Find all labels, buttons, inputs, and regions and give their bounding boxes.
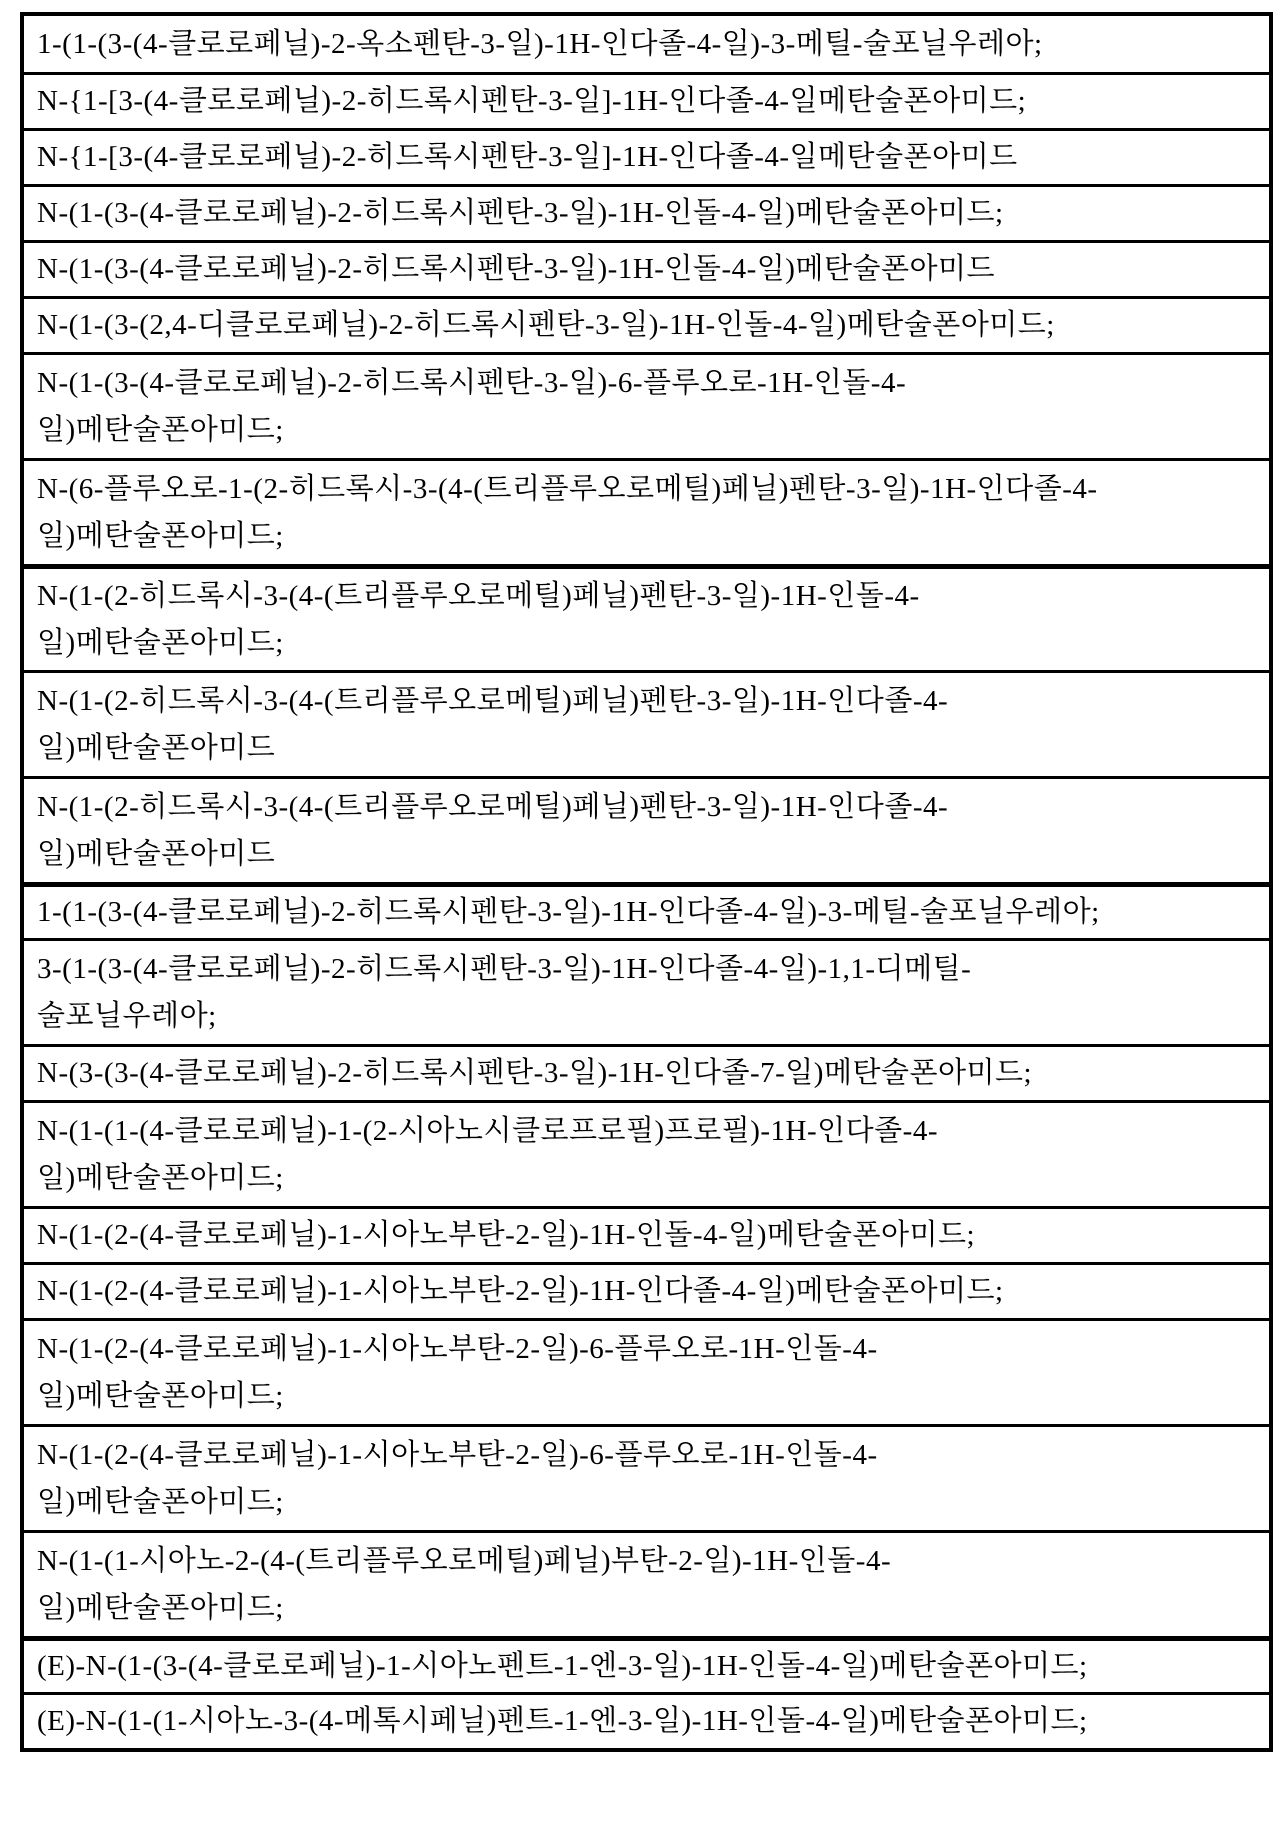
table-row: N-(1-(3-(4-클로로페닐)-2-히드록시펜탄-3-일)-6-플루오로-1… <box>24 352 1269 458</box>
compound-table: 1-(1-(3-(4-클로로페닐)-2-옥소펜탄-3-일)-1H-인다졸-4-일… <box>20 12 1273 1752</box>
table-row: 3-(1-(3-(4-클로로페닐)-2-히드록시펜탄-3-일)-1H-인다졸-4… <box>24 938 1269 1044</box>
table-row: N-(3-(3-(4-클로로페닐)-2-히드록시펜탄-3-일)-1H-인다졸-7… <box>24 1044 1269 1100</box>
compound-name-line: N-(1-(2-히드록시-3-(4-(트리플루오로메틸)페닐)펜탄-3-일)-1… <box>37 678 1261 725</box>
compound-name-line: 일)메탄술폰아미드; <box>37 1373 1261 1420</box>
compound-name-line: N-(1-(3-(4-클로로페닐)-2-히드록시펜탄-3-일)-1H-인돌-4-… <box>37 190 1261 237</box>
compound-name-line: N-(1-(3-(4-클로로페닐)-2-히드록시펜탄-3-일)-1H-인돌-4-… <box>37 246 1261 293</box>
table-row: N-{1-[3-(4-클로로페닐)-2-히드록시펜탄-3-일]-1H-인다졸-4… <box>24 128 1269 184</box>
compound-name-line: N-(1-(1-시아노-2-(4-(트리플루오로메틸)페닐)부탄-2-일)-1H… <box>37 1538 1261 1585</box>
compound-name-line: 일)메탄술폰아미드; <box>37 1585 1261 1632</box>
compound-name-line: 일)메탄술폰아미드; <box>37 620 1261 667</box>
compound-name-line: 일)메탄술폰아미드; <box>37 407 1261 454</box>
compound-name-line: (E)-N-(1-(1-시아노-3-(4-메톡시페닐)펜트-1-엔-3-일)-1… <box>37 1698 1261 1745</box>
compound-name-line: 1-(1-(3-(4-클로로페닐)-2-옥소펜탄-3-일)-1H-인다졸-4-일… <box>37 21 1261 68</box>
compound-name-line: 3-(1-(3-(4-클로로페닐)-2-히드록시펜탄-3-일)-1H-인다졸-4… <box>37 946 1261 993</box>
table-row: (E)-N-(1-(1-시아노-3-(4-메톡시페닐)펜트-1-엔-3-일)-1… <box>24 1692 1269 1748</box>
compound-name-line: N-(1-(3-(4-클로로페닐)-2-히드록시펜탄-3-일)-6-플루오로-1… <box>37 360 1261 407</box>
compound-name-line: N-(6-플루오로-1-(2-히드록시-3-(4-(트리플루오로메틸)페닐)펜탄… <box>37 466 1261 513</box>
table-row: N-(6-플루오로-1-(2-히드록시-3-(4-(트리플루오로메틸)페닐)펜탄… <box>24 458 1269 564</box>
compound-name-line: 일)메탄술폰아미드; <box>37 513 1261 560</box>
compound-name-line: 일)메탄술폰아미드 <box>37 725 1261 772</box>
table-row: N-(1-(3-(4-클로로페닐)-2-히드록시펜탄-3-일)-1H-인돌-4-… <box>24 240 1269 296</box>
table-row: N-(1-(2-히드록시-3-(4-(트리플루오로메틸)페닐)펜탄-3-일)-1… <box>24 670 1269 776</box>
compound-name-line: 1-(1-(3-(4-클로로페닐)-2-히드록시펜탄-3-일)-1H-인다졸-4… <box>37 889 1261 936</box>
compound-name-line: N-(1-(2-(4-클로로페닐)-1-시아노부탄-2-일)-1H-인돌-4-일… <box>37 1212 1261 1259</box>
table-row: N-(1-(2-(4-클로로페닐)-1-시아노부탄-2-일)-1H-인돌-4-일… <box>24 1206 1269 1262</box>
table-row: N-(1-(2-(4-클로로페닐)-1-시아노부탄-2-일)-6-플루오로-1H… <box>24 1424 1269 1530</box>
table-row: N-(1-(1-시아노-2-(4-(트리플루오로메틸)페닐)부탄-2-일)-1H… <box>24 1530 1269 1636</box>
compound-name-line: N-(1-(2-(4-클로로페닐)-1-시아노부탄-2-일)-6-플루오로-1H… <box>37 1326 1261 1373</box>
compound-name-line: N-(1-(2-(4-클로로페닐)-1-시아노부탄-2-일)-6-플루오로-1H… <box>37 1432 1261 1479</box>
table-row: N-(1-(2-히드록시-3-(4-(트리플루오로메틸)페닐)펜탄-3-일)-1… <box>24 564 1269 670</box>
compound-name-line: 술포닐우레아; <box>37 993 1261 1040</box>
compound-name-line: 일)메탄술폰아미드; <box>37 1479 1261 1526</box>
table-row: N-(1-(3-(2,4-디클로로페닐)-2-히드록시펜탄-3-일)-1H-인돌… <box>24 296 1269 352</box>
compound-name-line: N-(1-(2-히드록시-3-(4-(트리플루오로메틸)페닐)펜탄-3-일)-1… <box>37 784 1261 831</box>
compound-name-line: N-(1-(3-(2,4-디클로로페닐)-2-히드록시펜탄-3-일)-1H-인돌… <box>37 302 1261 349</box>
table-row: 1-(1-(3-(4-클로로페닐)-2-옥소펜탄-3-일)-1H-인다졸-4-일… <box>24 16 1269 72</box>
compound-name-line: (E)-N-(1-(3-(4-클로로페닐)-1-시아노펜트-1-엔-3-일)-1… <box>37 1643 1261 1690</box>
document-page: 1-(1-(3-(4-클로로페닐)-2-옥소펜탄-3-일)-1H-인다졸-4-일… <box>0 0 1288 1841</box>
compound-name-line: N-{1-[3-(4-클로로페닐)-2-히드록시펜탄-3-일]-1H-인다졸-4… <box>37 134 1261 181</box>
compound-name-line: N-(1-(2-(4-클로로페닐)-1-시아노부탄-2-일)-1H-인다졸-4-… <box>37 1268 1261 1315</box>
table-row: N-{1-[3-(4-클로로페닐)-2-히드록시펜탄-3-일]-1H-인다졸-4… <box>24 72 1269 128</box>
table-row: N-(1-(3-(4-클로로페닐)-2-히드록시펜탄-3-일)-1H-인돌-4-… <box>24 184 1269 240</box>
table-row: N-(1-(2-(4-클로로페닐)-1-시아노부탄-2-일)-6-플루오로-1H… <box>24 1318 1269 1424</box>
compound-name-line: 일)메탄술폰아미드; <box>37 1155 1261 1202</box>
compound-name-line: N-(3-(3-(4-클로로페닐)-2-히드록시펜탄-3-일)-1H-인다졸-7… <box>37 1050 1261 1097</box>
table-row: 1-(1-(3-(4-클로로페닐)-2-히드록시펜탄-3-일)-1H-인다졸-4… <box>24 882 1269 938</box>
table-row: (E)-N-(1-(3-(4-클로로페닐)-1-시아노펜트-1-엔-3-일)-1… <box>24 1636 1269 1692</box>
table-row: N-(1-(2-(4-클로로페닐)-1-시아노부탄-2-일)-1H-인다졸-4-… <box>24 1262 1269 1318</box>
compound-name-line: 일)메탄술폰아미드 <box>37 831 1261 878</box>
compound-name-line: N-{1-[3-(4-클로로페닐)-2-히드록시펜탄-3-일]-1H-인다졸-4… <box>37 78 1261 125</box>
table-row: N-(1-(1-(4-클로로페닐)-1-(2-시아노시클로프로필)프로필)-1H… <box>24 1100 1269 1206</box>
table-row: N-(1-(2-히드록시-3-(4-(트리플루오로메틸)페닐)펜탄-3-일)-1… <box>24 776 1269 882</box>
compound-name-line: N-(1-(2-히드록시-3-(4-(트리플루오로메틸)페닐)펜탄-3-일)-1… <box>37 573 1261 620</box>
compound-name-line: N-(1-(1-(4-클로로페닐)-1-(2-시아노시클로프로필)프로필)-1H… <box>37 1108 1261 1155</box>
